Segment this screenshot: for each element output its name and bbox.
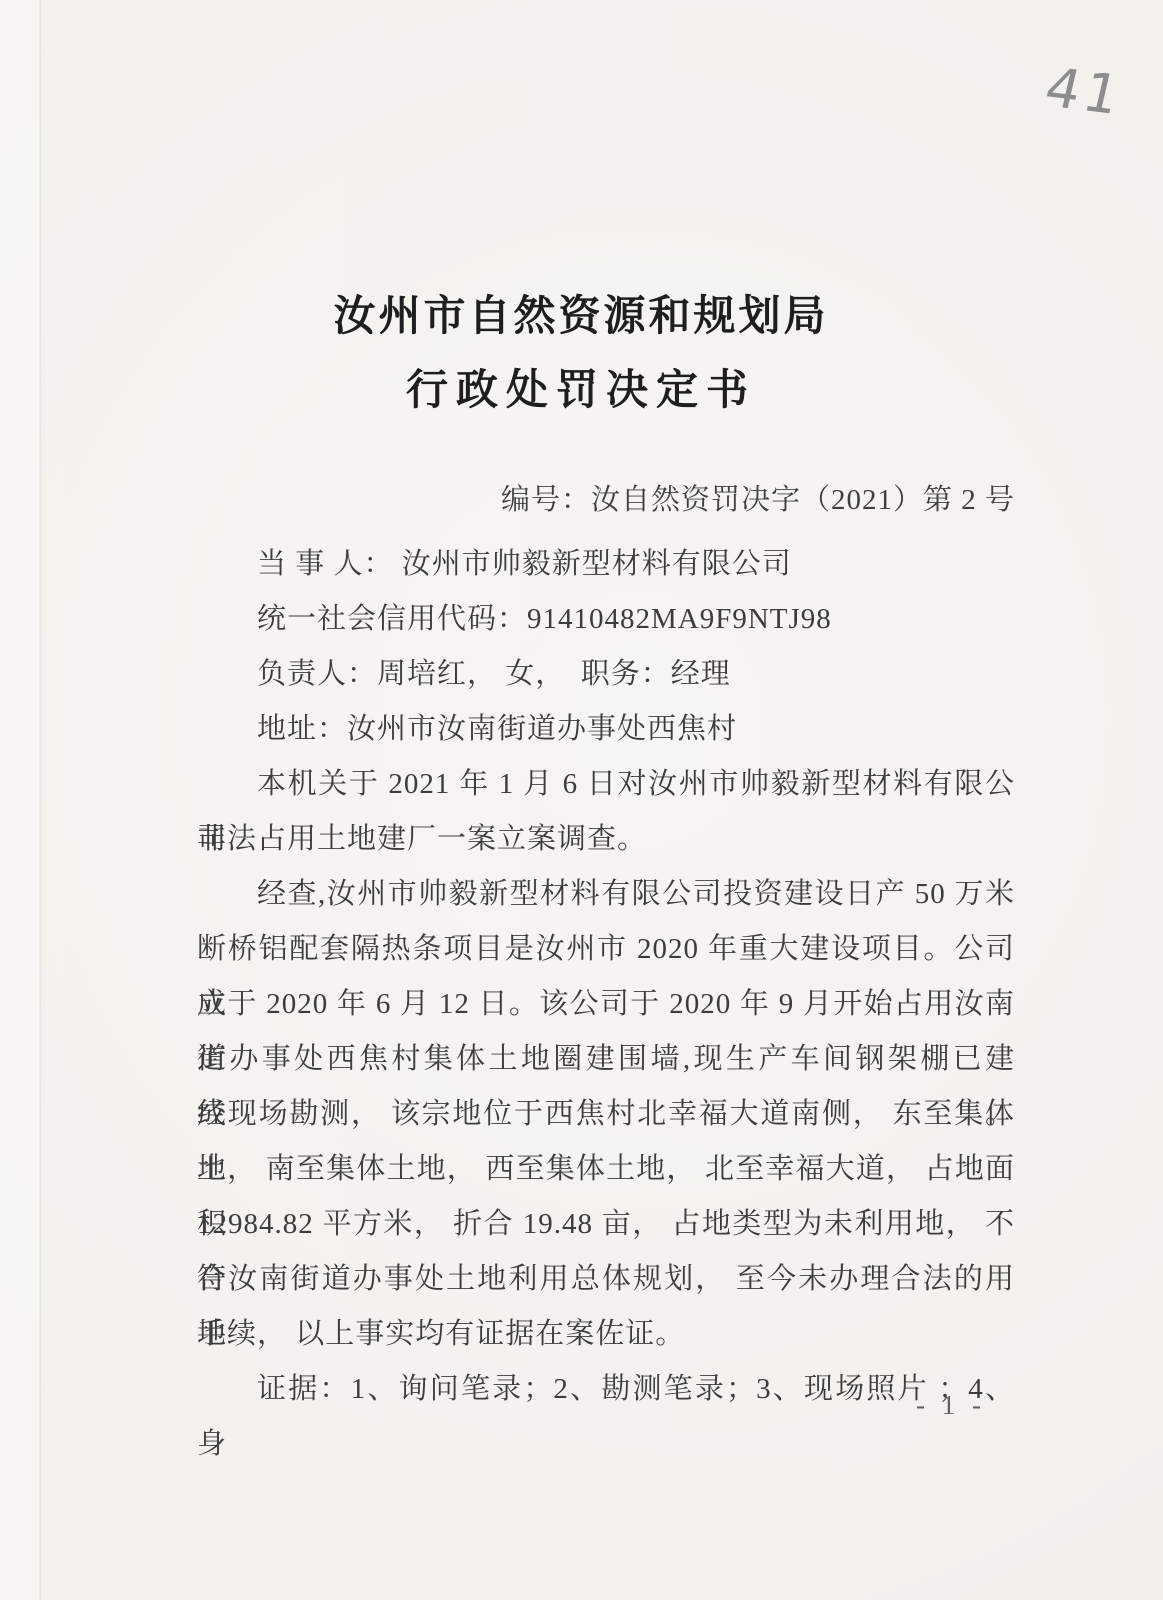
- body-line: 手续， 以上事实均有证据在案佐证。: [197, 1307, 1015, 1362]
- page-number: - 1 -: [916, 1390, 986, 1421]
- body-line: 统一社会信用代码：91410482MA9F9NTJ98: [197, 592, 1015, 647]
- document-title: 汝州市自然资源和规划局 行政处罚决定书: [172, 290, 990, 416]
- handwritten-page-mark: 41: [1039, 56, 1129, 127]
- title-line-1: 汝州市自然资源和规划局: [172, 290, 990, 342]
- body-line: 道办事处西焦村集体土地圈建围墙,现生产车间钢架棚已建成。: [197, 1032, 1015, 1087]
- body-line: 当 事 人： 汝州市帅毅新型材料有限公司: [197, 537, 1015, 592]
- body-line: 地址：汝州市汝南街道办事处西焦村: [197, 702, 1015, 757]
- body-line: 经现场勘测， 该宗地位于西焦村北幸福大道南侧， 东至集体土: [197, 1087, 1015, 1142]
- body-line: 断桥铝配套隔热条项目是汝州市 2020 年重大建设项目。公司成: [197, 922, 1015, 977]
- body-line: 经查,汝州市帅毅新型材料有限公司投资建设日产 50 万米: [197, 867, 1015, 922]
- body-line: 12984.82 平方米， 折合 19.48 亩， 占地类型为未利用地， 不符: [197, 1197, 1015, 1252]
- title-line-2: 行政处罚决定书: [172, 364, 990, 416]
- document-number: 编号：汝自然资罚决字（2021）第 2 号: [197, 480, 1015, 520]
- body-line: 证据：1、询问笔录；2、勘测笔录；3、现场照片 ；4、身: [197, 1362, 1015, 1417]
- body-lines: 当 事 人： 汝州市帅毅新型材料有限公司统一社会信用代码：91410482MA9…: [197, 537, 1015, 1417]
- body-line: 立于 2020 年 6 月 12 日。该公司于 2020 年 9 月开始占用汝南…: [197, 977, 1015, 1032]
- body-line: 合汝南街道办事处土地利用总体规划， 至今未办理合法的用地: [197, 1252, 1015, 1307]
- body-line: 负责人：周培红， 女， 职务：经理: [197, 647, 1015, 702]
- body-line: 地， 南至集体土地， 西至集体土地， 北至幸福大道， 占地面积: [197, 1142, 1015, 1197]
- scanned-document-page: 41 汝州市自然资源和规划局 行政处罚决定书 编号：汝自然资罚决字（2021）第…: [0, 0, 1163, 1600]
- body-line: 非法占用土地建厂一案立案调查。: [197, 812, 1015, 867]
- body-line: 本机关于 2021 年 1 月 6 日对汝州市帅毅新型材料有限公司: [197, 757, 1015, 812]
